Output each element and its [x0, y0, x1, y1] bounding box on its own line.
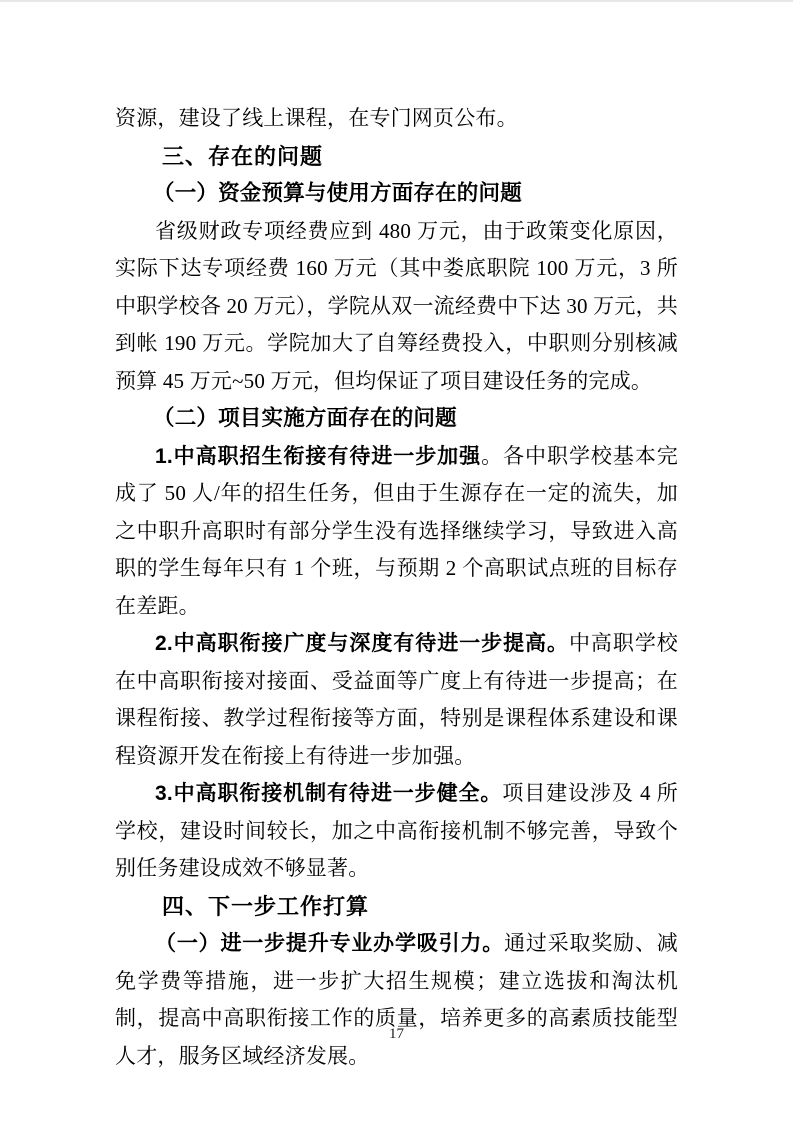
paragraph-funding: 省级财政专项经费应到 480 万元，由于政策变化原因，实际下达专项经费 160 … — [115, 213, 678, 401]
document-page: 资源，建设了线上课程，在专门网页公布。 三、存在的问题 （一）资金预算与使用方面… — [0, 0, 793, 1122]
page-content: 资源，建设了线上课程，在专门网页公布。 三、存在的问题 （一）资金预算与使用方面… — [115, 100, 678, 1075]
section-heading-3: 三、存在的问题 — [115, 138, 678, 176]
paragraph-continuation: 资源，建设了线上课程，在专门网页公布。 — [115, 100, 678, 138]
numbered-point-1: 1.中高职招生衔接有待进一步加强。各中职学校基本完成了 50 人/年的招生任务，… — [115, 438, 678, 626]
subsection-point-4-1: （一）进一步提升专业办学吸引力。通过采取奖励、减免学费等措施，进一步扩大招生规模… — [115, 925, 678, 1075]
numbered-point-2: 2.中高职衔接广度与深度有待进一步提高。中高职学校在中高职衔接对接面、受益面等广… — [115, 625, 678, 775]
subsection-heading-3-2: （二）项目实施方面存在的问题 — [115, 400, 678, 438]
page-top-edge-line — [0, 0, 793, 2]
numbered-point-1-lead: 1.中高职招生衔接有待进一步加强 — [155, 445, 481, 468]
page-number: 17 — [0, 1024, 793, 1044]
subsection-point-4-1-lead: （一）进一步提升专业办学吸引力。 — [155, 932, 504, 955]
numbered-point-1-body: 。各中职学校基本完成了 50 人/年的招生任务，但由于生源存在一定的流失，加之中… — [115, 444, 678, 618]
subsection-heading-3-1: （一）资金预算与使用方面存在的问题 — [115, 175, 678, 213]
numbered-point-2-lead: 2.中高职衔接广度与深度有待进一步提高。 — [155, 632, 569, 655]
section-heading-4: 四、下一步工作打算 — [115, 888, 678, 926]
numbered-point-3-lead: 3.中高职衔接机制有待进一步健全。 — [155, 782, 502, 805]
numbered-point-3: 3.中高职衔接机制有待进一步健全。项目建设涉及 4 所学校，建设时间较长，加之中… — [115, 775, 678, 888]
